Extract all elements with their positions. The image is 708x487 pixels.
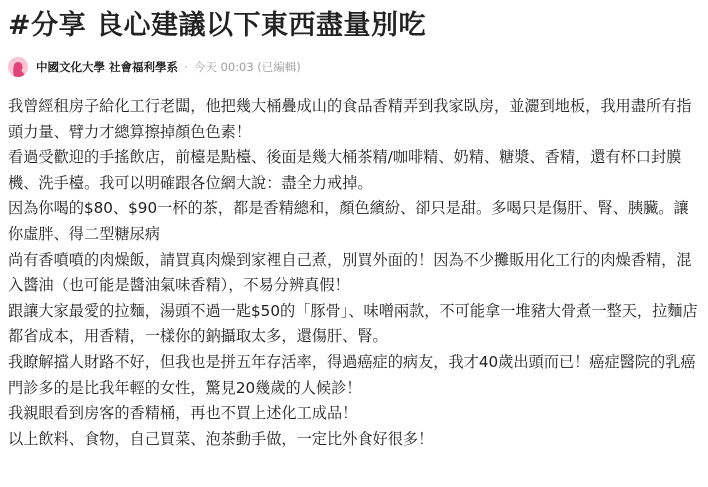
female-avatar-icon bbox=[8, 57, 28, 77]
content-paragraph: 看過受歡迎的手搖飲店，前檯是點檯、後面是幾大桶茶精/咖啡精、奶精、糖漿、香精，還… bbox=[8, 145, 700, 196]
meta-separator: · bbox=[184, 60, 188, 74]
content-paragraph: 我瞭解擋人財路不好，但我也是拼五年存活率，得過癌症的病友，我才40歲出頭而已！癌… bbox=[8, 350, 700, 401]
post-title: #分享 良心建議以下東西盡量別吃 bbox=[8, 0, 708, 46]
content-paragraph: 以上飲料、食物，自己買菜、泡茶動手做，一定比外食好很多！ bbox=[8, 427, 700, 453]
post-meta: 中國文化大學 社會福利學系 · 今天 00:03 (已編輯) bbox=[8, 56, 708, 78]
post-timestamp: 今天 00:03 (已編輯) bbox=[194, 59, 301, 75]
timestamp-text: 今天 00:03 bbox=[194, 60, 254, 74]
content-paragraph: 尚有香噴噴的肉燥飯，請買真肉燥到家裡自己煮，別買外面的！因為不少攤販用化工行的肉… bbox=[8, 248, 700, 299]
content-paragraph: 因為你喝的$80、$90一杯的茶，都是香精總和，顏色繽紛、卻只是甜。多喝只是傷肝… bbox=[8, 196, 700, 247]
author-avatar[interactable] bbox=[8, 57, 28, 77]
edited-label: (已編輯) bbox=[257, 60, 300, 74]
content-paragraph: 我曾經租房子給化工行老闆，他把幾大桶疊成山的食品香精弄到我家臥房，並灑到地板，我… bbox=[8, 94, 700, 145]
content-paragraph: 跟讓大家最愛的拉麵，湯頭不過一匙$50的「豚骨」、味噌兩款，不可能拿一堆豬大骨煮… bbox=[8, 299, 700, 350]
author-name[interactable]: 中國文化大學 社會福利學系 bbox=[36, 59, 178, 75]
post-content: 我曾經租房子給化工行老闆，他把幾大桶疊成山的食品香精弄到我家臥房，並灑到地板，我… bbox=[8, 94, 700, 452]
post: #分享 良心建議以下東西盡量別吃 中國文化大學 社會福利學系 · 今天 00:0… bbox=[0, 0, 708, 452]
content-paragraph: 我親眼看到房客的香精桶，再也不買上述化工成品！ bbox=[8, 401, 700, 427]
